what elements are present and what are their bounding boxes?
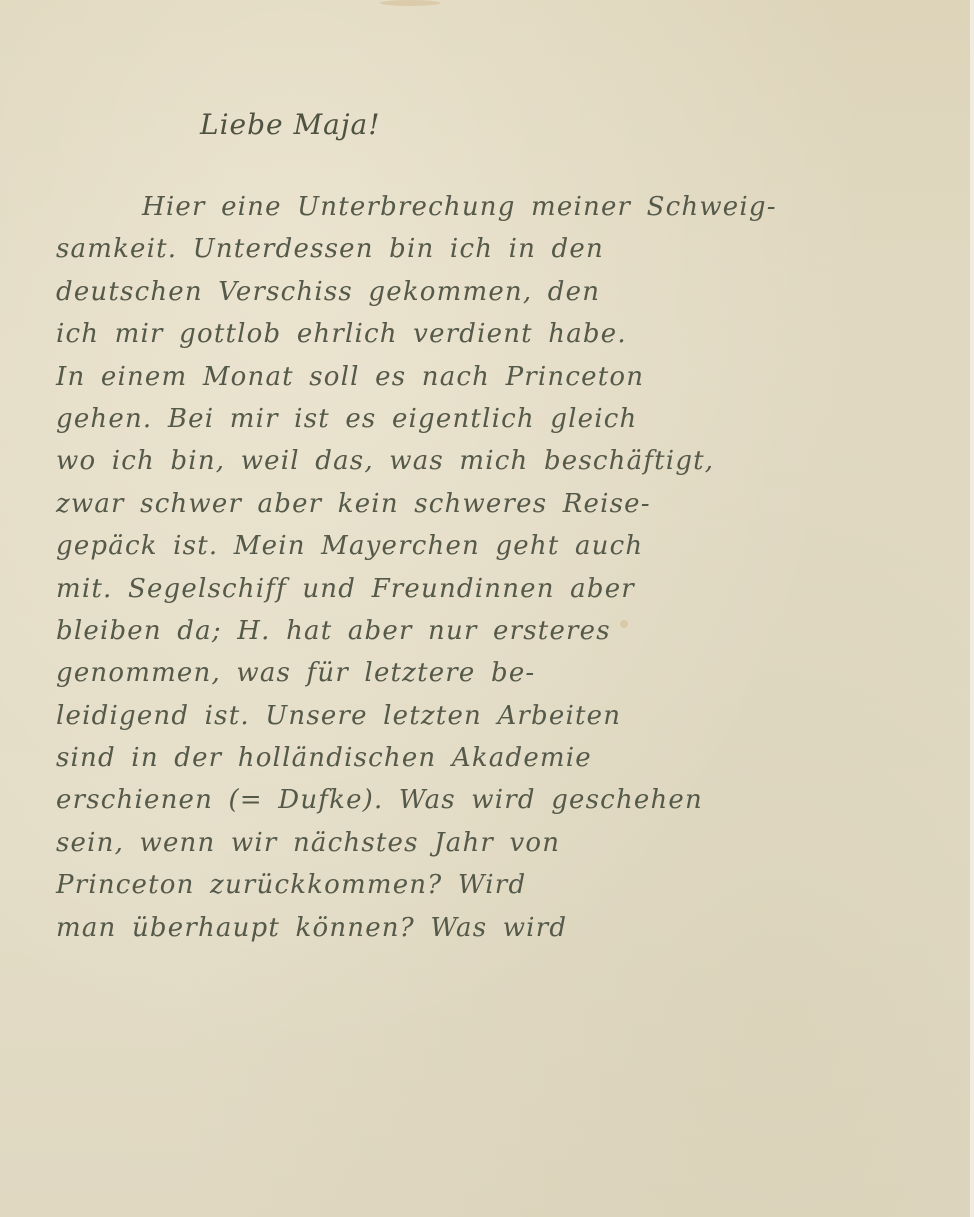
letter-line: gehen. Bei mir ist es eigentlich gleich [56,398,946,440]
letter-body: Hier eine Unterbrechung meiner Schweig- … [56,186,946,949]
salutation: Liebe Maja! [200,108,381,141]
letter-line: zwar schwer aber kein schweres Reise- [56,483,946,525]
letter-line: ich mir gottlob ehrlich verdient habe. [56,313,946,355]
letter-line: gepäck ist. Mein Mayerchen geht auch [56,525,946,567]
letter-line: Princeton zurückkommen? Wird [56,864,946,906]
letter-line: genommen, was für letztere be- [56,652,946,694]
letter-line: leidigend ist. Unsere letzten Arbeiten [56,695,946,737]
paper-edge [970,0,974,1217]
letter-line: In einem Monat soll es nach Princeton [56,356,946,398]
letter-line: erschienen (= Dufke). Was wird geschehen [56,779,946,821]
letter-line: Hier eine Unterbrechung meiner Schweig- [56,186,946,228]
letter-line: samkeit. Unterdessen bin ich in den [56,228,946,270]
letter-page: Liebe Maja! Hier eine Unterbrechung mein… [0,0,974,1217]
letter-line: sind in der holländischen Akademie [56,737,946,779]
letter-line: wo ich bin, weil das, was mich beschäfti… [56,440,946,482]
letter-line: mit. Segelschiff und Freundinnen aber [56,568,946,610]
letter-line: man überhaupt können? Was wird [56,907,946,949]
letter-line: bleiben da; H. hat aber nur ersteres [56,610,946,652]
letter-line: deutschen Verschiss gekommen, den [56,271,946,313]
letter-line: sein, wenn wir nächstes Jahr von [56,822,946,864]
paper-stain [380,0,440,6]
